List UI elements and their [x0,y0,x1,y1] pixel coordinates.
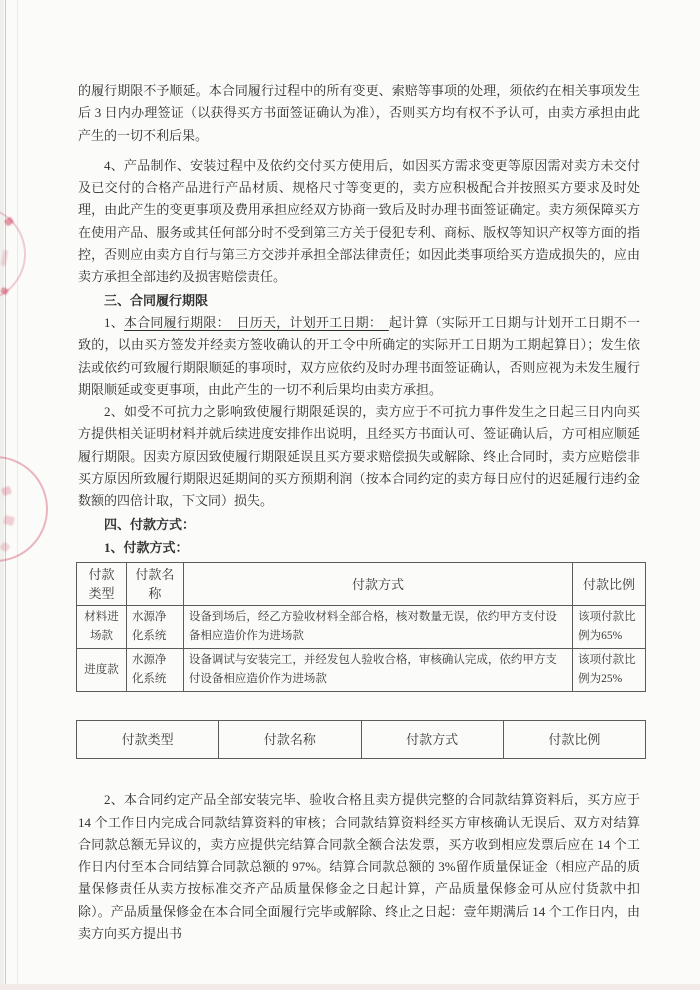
table-row: 进度款水源净化系统设备调试与安装完工，并经发包人验收合格，审核确认完成，依约甲方… [77,649,646,692]
section-heading-performance-period: 三、合同履行期限 [78,290,640,312]
column-header-payment-type: 付款类型 [77,563,127,606]
table-cell: 进度款 [77,649,127,692]
clause-settlement-payment: 2、本合同约定产品全部安装完毕、验收合格且卖方提供完整的合同款结算资料后，买方应… [78,789,640,945]
clause-item-4: 4、产品制作、安装过程中及依约交付买方使用后，如因买方需求变更等原因需对卖方未交… [78,155,640,289]
payment-schedule-table: 付款类型 付款名称 付款方式 付款比例 材料进场款水源净化系统设备到场后，经乙方… [76,562,646,692]
scan-bottom-strip [0,984,700,990]
column-header-payment-method: 付款方式 [361,721,503,759]
payment-schedule-table-empty: 付款类型 付款名称 付款方式 付款比例 [76,720,646,759]
table-cell: 该项付款比例为65% [573,606,646,649]
column-header-payment-type: 付款类型 [77,721,219,759]
fill-in-blank-underlined: 本合同履行期限： 日历天，计划开工日期： [124,315,389,330]
scan-edge-line [17,0,18,990]
clause-performance-period-2: 2、如受不可抗力之影响致使履行期限延误的，卖方应于不可抗力事件发生之日起三日内向… [78,401,640,512]
table-cell: 水源净化系统 [126,649,183,692]
paragraph-continuation: 的履行期限不予顺延。本合同履行过程中的所有变更、索赔等事项的处理，须依约在相关事… [78,80,640,147]
seal-ink-mark [1,486,12,497]
table-header-row: 付款类型 付款名称 付款方式 付款比例 [77,563,646,606]
contract-page-body: 的履行期限不予顺延。本合同履行过程中的所有变更、索赔等事项的处理，须依约在相关事… [78,80,640,945]
column-header-payment-ratio: 付款比例 [503,721,645,759]
subsection-heading-payment-method: 1、付款方式： [78,537,640,559]
column-header-payment-method: 付款方式 [183,563,572,606]
clause-performance-period-1: 1、本合同履行期限： 日历天，计划开工日期： 起计算（实际开工日期与计划开工日期… [78,312,640,401]
table-cell: 设备到场后，经乙方验收材料全部合格，核对数量无误，依约甲方支付设备相应造价作为进… [183,606,572,649]
table-cell: 设备调试与安装完工，并经发包人验收合格，审核确认完成，依约甲方支付设备相应造价作… [183,649,572,692]
payment-schedule-table-body: 材料进场款水源净化系统设备到场后，经乙方验收材料全部合格，核对数量无误，依约甲方… [77,606,646,692]
table-cell: 该项付款比例为25% [573,649,646,692]
table-row: 材料进场款水源净化系统设备到场后，经乙方验收材料全部合格，核对数量无误，依约甲方… [77,606,646,649]
column-header-payment-name: 付款名称 [126,563,183,606]
clause-number: 1、 [104,315,124,330]
table-cell: 材料进场款 [77,606,127,649]
column-header-payment-ratio: 付款比例 [573,563,646,606]
table-cell: 水源净化系统 [126,606,183,649]
table-header-row: 付款类型 付款名称 付款方式 付款比例 [77,721,646,759]
section-heading-payment: 四、付款方式： [78,514,640,536]
column-header-payment-name: 付款名称 [219,721,361,759]
